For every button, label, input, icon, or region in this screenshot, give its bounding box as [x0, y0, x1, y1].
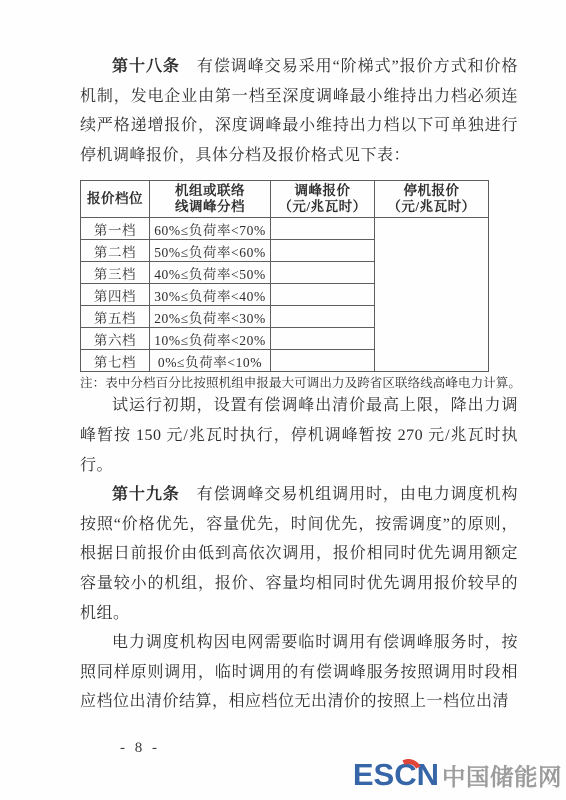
paragraph-temporary-dispatch: 电力调度机构因电网需要临时调用有偿调峰服务时，按照同样原则调用，临时调用的有偿调…	[80, 628, 518, 717]
peak-price-cell	[271, 306, 375, 328]
range-cell: 40%≤负荷率<50%	[150, 262, 271, 284]
article-18-label: 第十八条	[112, 58, 180, 75]
document-content: 第十八条 有偿调峰交易采用“阶梯式”报价方式和价格机制，发电企业由第一档至深度调…	[80, 52, 518, 717]
peak-price-cell	[271, 284, 375, 306]
grade-cell: 第六档	[81, 328, 150, 350]
peak-price-cell	[271, 328, 375, 350]
document-page: 第十八条 有偿调峰交易采用“阶梯式”报价方式和价格机制，发电企业由第一档至深度调…	[0, 0, 566, 800]
range-cell: 0%≤负荷率<10%	[150, 350, 271, 372]
header-unit-tieline-band: 机组或联络线调峰分档	[150, 181, 271, 218]
peak-price-cell	[271, 218, 375, 240]
escn-logo-es: ES	[353, 757, 394, 792]
grade-cell: 第一档	[81, 218, 150, 240]
header-price-tier-label: 报价档位	[87, 191, 143, 206]
peak-price-cell	[271, 262, 375, 284]
paragraph-article-19: 第十九条 有偿调峰交易机组调用时，由电力调度机构按照“价格优先，容量优先，时间优…	[80, 480, 518, 628]
range-cell: 10%≤负荷率<20%	[150, 328, 271, 350]
table-note: 注：表中分档百分比按照机组申报最大可调出力及跨省区联络线高峰电力计算。	[80, 376, 518, 391]
page-number: - 8 -	[120, 740, 160, 757]
peak-price-cell	[271, 350, 375, 372]
quote-table: 报价档位 机组或联络线调峰分档 调峰报价（元/兆瓦时） 停机报价（元/兆瓦时） …	[80, 180, 489, 372]
article-19-text: 有偿调峰交易机组调用时，由电力调度机构按照“价格优先，容量优先，时间优先，按需调…	[80, 486, 518, 621]
paragraph-trial-period: 试运行初期，设置有偿调峰出清价最高上限，降出力调峰暂按 150 元/兆瓦时执行，…	[80, 391, 518, 480]
grade-cell: 第五档	[81, 306, 150, 328]
header-peak-price: 调峰报价（元/兆瓦时）	[271, 181, 375, 218]
escn-logo-cn: 中国储能网	[442, 758, 562, 792]
header-unit-tieline-line2: 线调峰分档	[175, 199, 245, 214]
header-shutdown-price-line2: （元/兆瓦时）	[387, 199, 475, 214]
escn-logo-c: C	[394, 757, 416, 793]
header-shutdown-price-line1: 停机报价	[404, 183, 460, 198]
escn-logo-en: ESCN	[353, 757, 439, 793]
grade-cell: 第七档	[81, 350, 150, 372]
header-shutdown-price: 停机报价（元/兆瓦时）	[375, 181, 489, 218]
table-row: 第一档60%≤负荷率<70%	[81, 218, 489, 240]
escn-logo-c-letter: C	[394, 757, 416, 792]
header-peak-price-line1: 调峰报价	[295, 183, 351, 198]
header-peak-price-line2: （元/兆瓦时）	[278, 199, 366, 214]
article-19-label: 第十九条	[112, 486, 180, 503]
header-price-tier: 报价档位	[81, 181, 150, 218]
range-cell: 60%≤负荷率<70%	[150, 218, 271, 240]
grade-cell: 第四档	[81, 284, 150, 306]
header-unit-tieline-line1: 机组或联络	[175, 183, 245, 198]
grade-cell: 第二档	[81, 240, 150, 262]
range-cell: 30%≤负荷率<40%	[150, 284, 271, 306]
range-cell: 20%≤负荷率<30%	[150, 306, 271, 328]
shutdown-price-cell	[375, 218, 489, 372]
range-cell: 50%≤负荷率<60%	[150, 240, 271, 262]
paragraph-article-18: 第十八条 有偿调峰交易采用“阶梯式”报价方式和价格机制，发电企业由第一档至深度调…	[80, 52, 518, 170]
grade-cell: 第三档	[81, 262, 150, 284]
escn-logo: ESCN 中国储能网	[353, 757, 562, 793]
escn-logo-n: N	[417, 757, 439, 792]
peak-price-cell	[271, 240, 375, 262]
table-header-row: 报价档位 机组或联络线调峰分档 调峰报价（元/兆瓦时） 停机报价（元/兆瓦时）	[81, 181, 489, 218]
